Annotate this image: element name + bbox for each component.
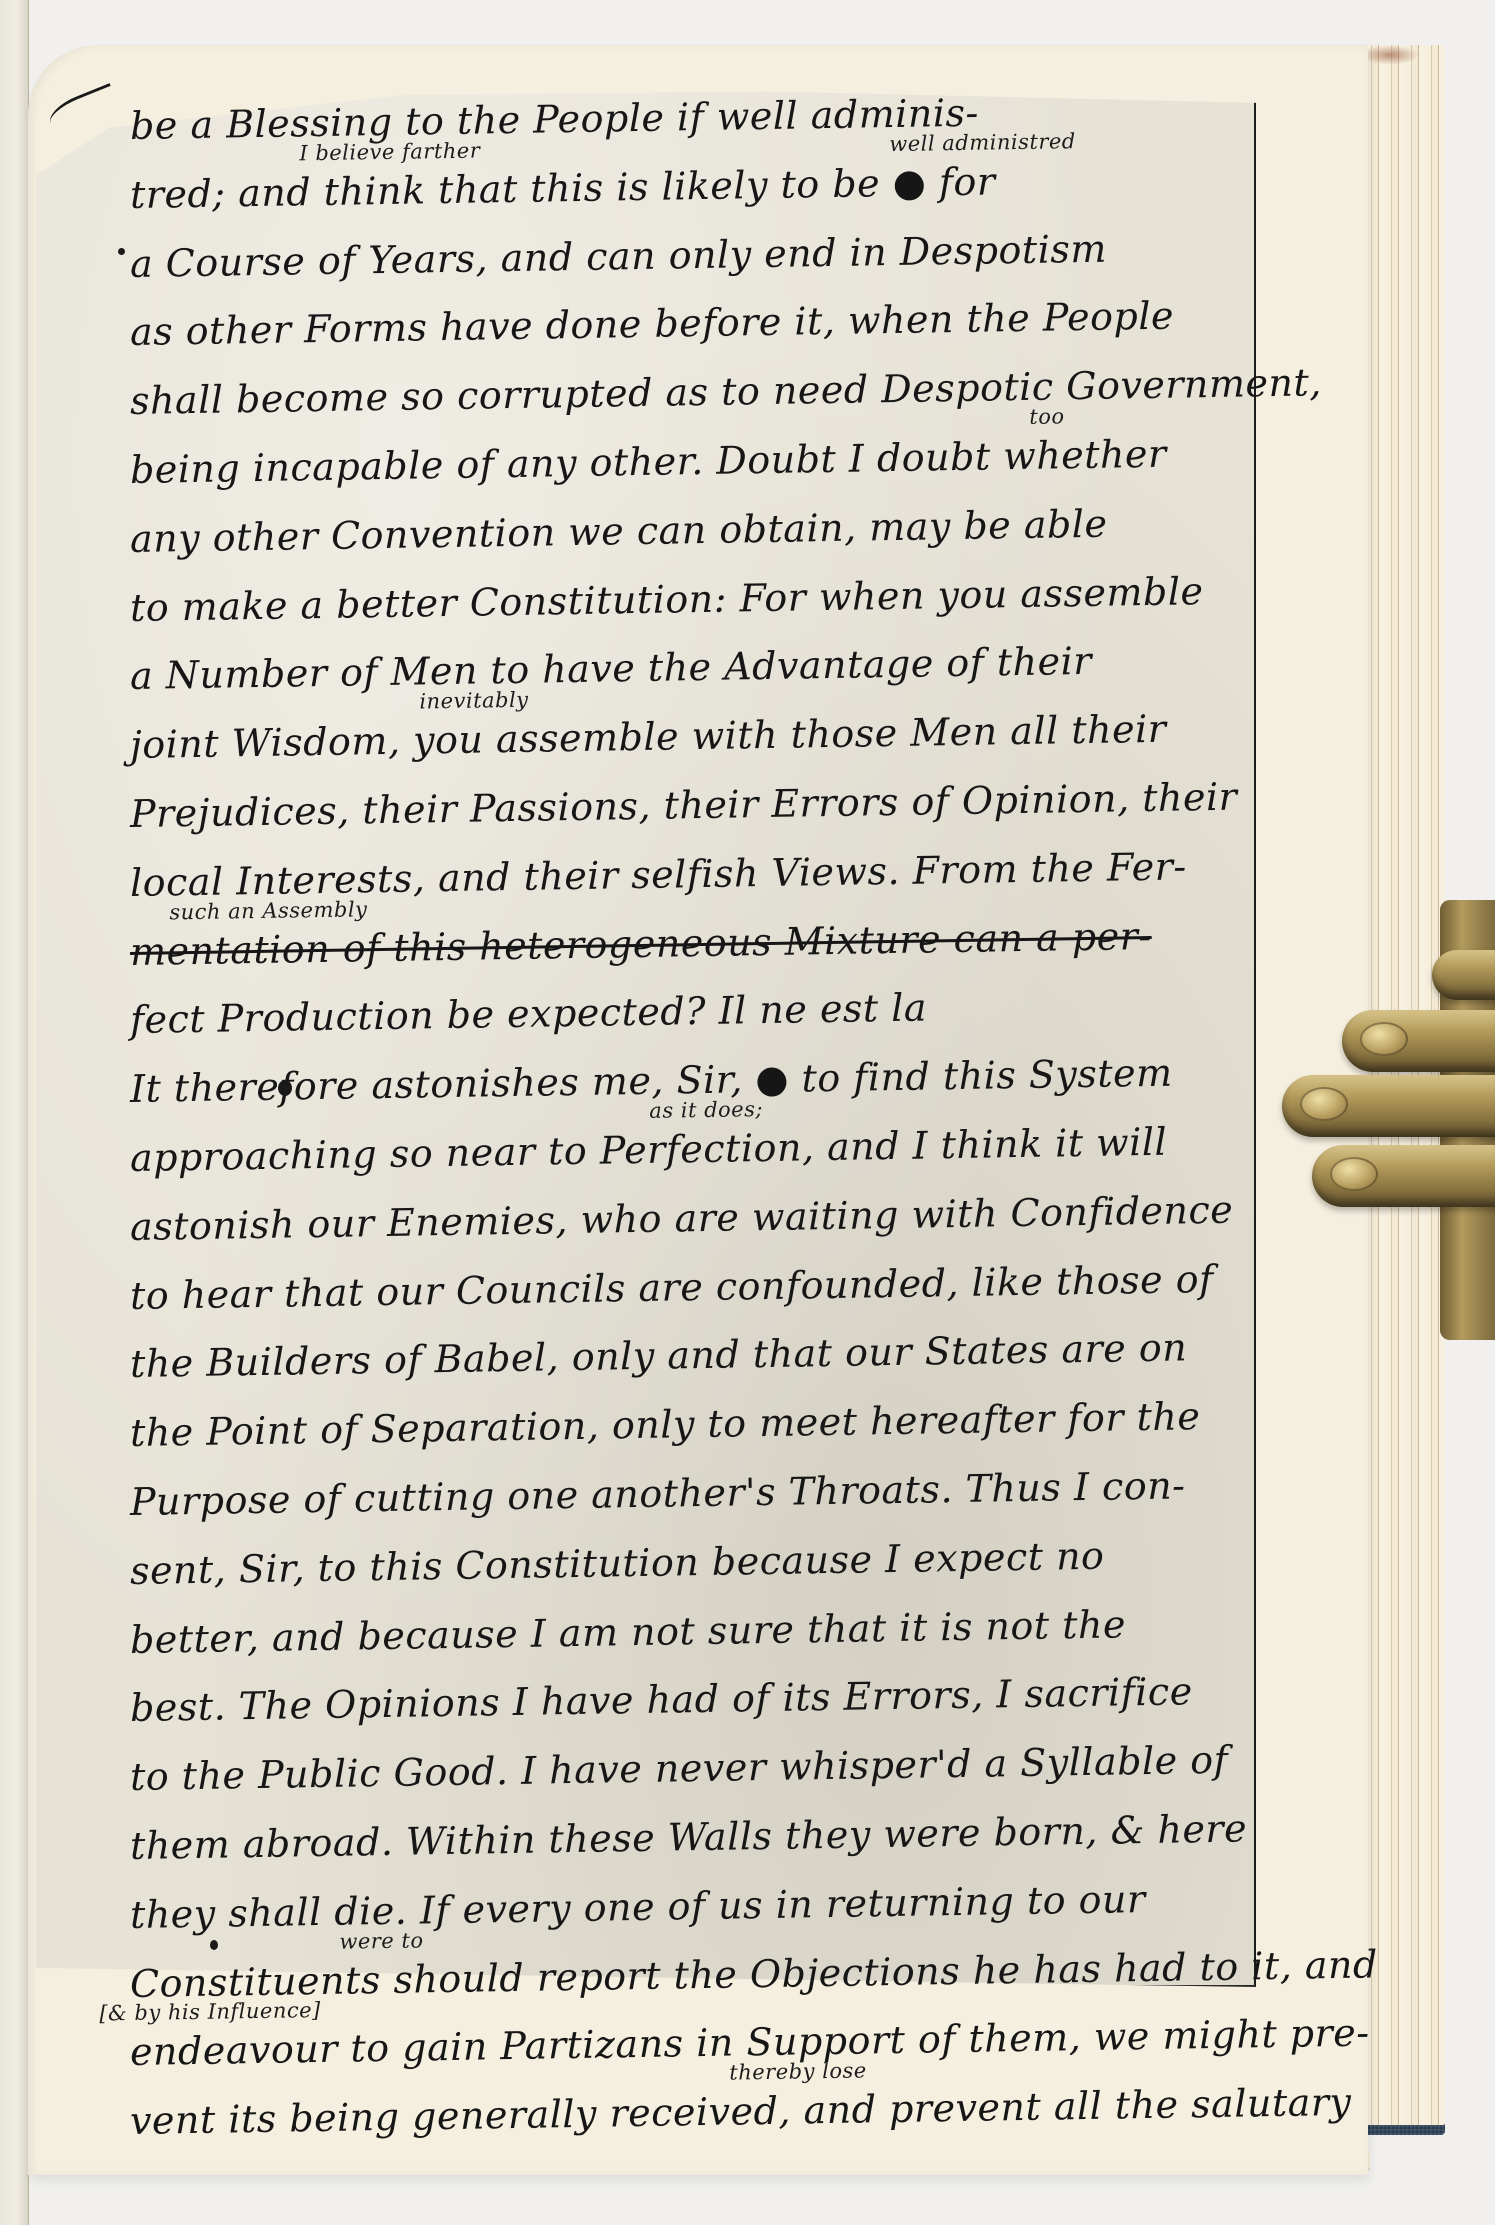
brass-finger-1 (1342, 1010, 1495, 1072)
foxing-stain (1360, 45, 1420, 65)
interlinear-insertion: such an Assembly (169, 898, 367, 923)
line-text: approaching so near to Perfection, and I… (130, 1120, 1168, 1180)
interlinear-insertion: [& by his Influence] (99, 1999, 321, 2024)
line-text: they shall die. If every one of us in re… (130, 1877, 1146, 1937)
line-text: be a Blessing to the People if well admi… (130, 91, 979, 148)
brass-hand-clip (1282, 940, 1495, 1300)
line-text: to the Public Good. I have never whisper… (130, 1738, 1229, 1799)
line-text: a Number of Men to have the Advantage of… (130, 639, 1093, 698)
line-text: to hear that our Councils are confounded… (130, 1257, 1214, 1318)
line-text: best. The Opinions I have had of its Err… (130, 1670, 1193, 1731)
brass-finger-3 (1312, 1145, 1495, 1207)
brass-thumb (1432, 950, 1495, 1000)
line-text: the Point of Separation, only to meet he… (130, 1394, 1201, 1455)
ink-speck (118, 248, 125, 255)
line-text: fect Production be expected? Il ne est l… (130, 986, 928, 1043)
line-text: a Course of Years, and can only end in D… (130, 226, 1108, 285)
line-text: shall become so corrupted as to need Des… (130, 360, 1322, 423)
ink-speck (210, 1940, 218, 1950)
line-text: Prejudices, their Passions, their Errors… (130, 775, 1238, 836)
interlinear-insertion: I believe farther (299, 139, 480, 164)
interlinear-insertion: as it does; (649, 1098, 763, 1122)
line-text: local Interests, and their selfish Views… (130, 844, 1187, 905)
line-text: Purpose of cutting one another's Throats… (130, 1463, 1186, 1524)
line-text: astonish our Enemies, who are waiting wi… (130, 1187, 1234, 1248)
brass-finger-2 (1282, 1075, 1495, 1137)
fingernail-detail (1330, 1157, 1378, 1191)
fingernail-detail (1300, 1087, 1348, 1121)
line-text: the Builders of Babel, only and that our… (130, 1326, 1188, 1387)
line-text: being incapable of any other. Doubt I do… (130, 432, 1167, 492)
line-text: better, and because I am not sure that i… (130, 1602, 1127, 1662)
interlinear-insertion: well administred (889, 130, 1076, 155)
line-text: tred; and think that this is likely to b… (130, 159, 996, 217)
ink-blot (278, 1080, 292, 1096)
interlinear-insertion: inevitably (419, 689, 529, 713)
interlinear-insertion: were to (339, 1929, 423, 1952)
line-text: joint Wisdom, you assemble with those Me… (130, 707, 1167, 767)
manuscript-text: be a Blessing to the People if well admi… (130, 92, 1245, 2156)
left-facing-page-edge (0, 0, 29, 2225)
line-text: them abroad. Within these Walls they wer… (130, 1806, 1248, 1868)
line-text: sent, Sir, to this Constitution because … (130, 1533, 1105, 1592)
interlinear-insertion: too (1029, 405, 1065, 428)
line-text: to make a better Constitution: For when … (130, 569, 1204, 630)
line-text: Constituents should report the Objection… (130, 1942, 1378, 2006)
line-text: vent its being generally received, and p… (130, 2080, 1352, 2143)
fingernail-detail (1360, 1022, 1408, 1056)
line-text: as other Forms have done before it, when… (130, 294, 1175, 354)
line-text: any other Convention we can obtain, may … (130, 501, 1108, 560)
interlinear-insertion: thereby lose (729, 2060, 867, 2084)
